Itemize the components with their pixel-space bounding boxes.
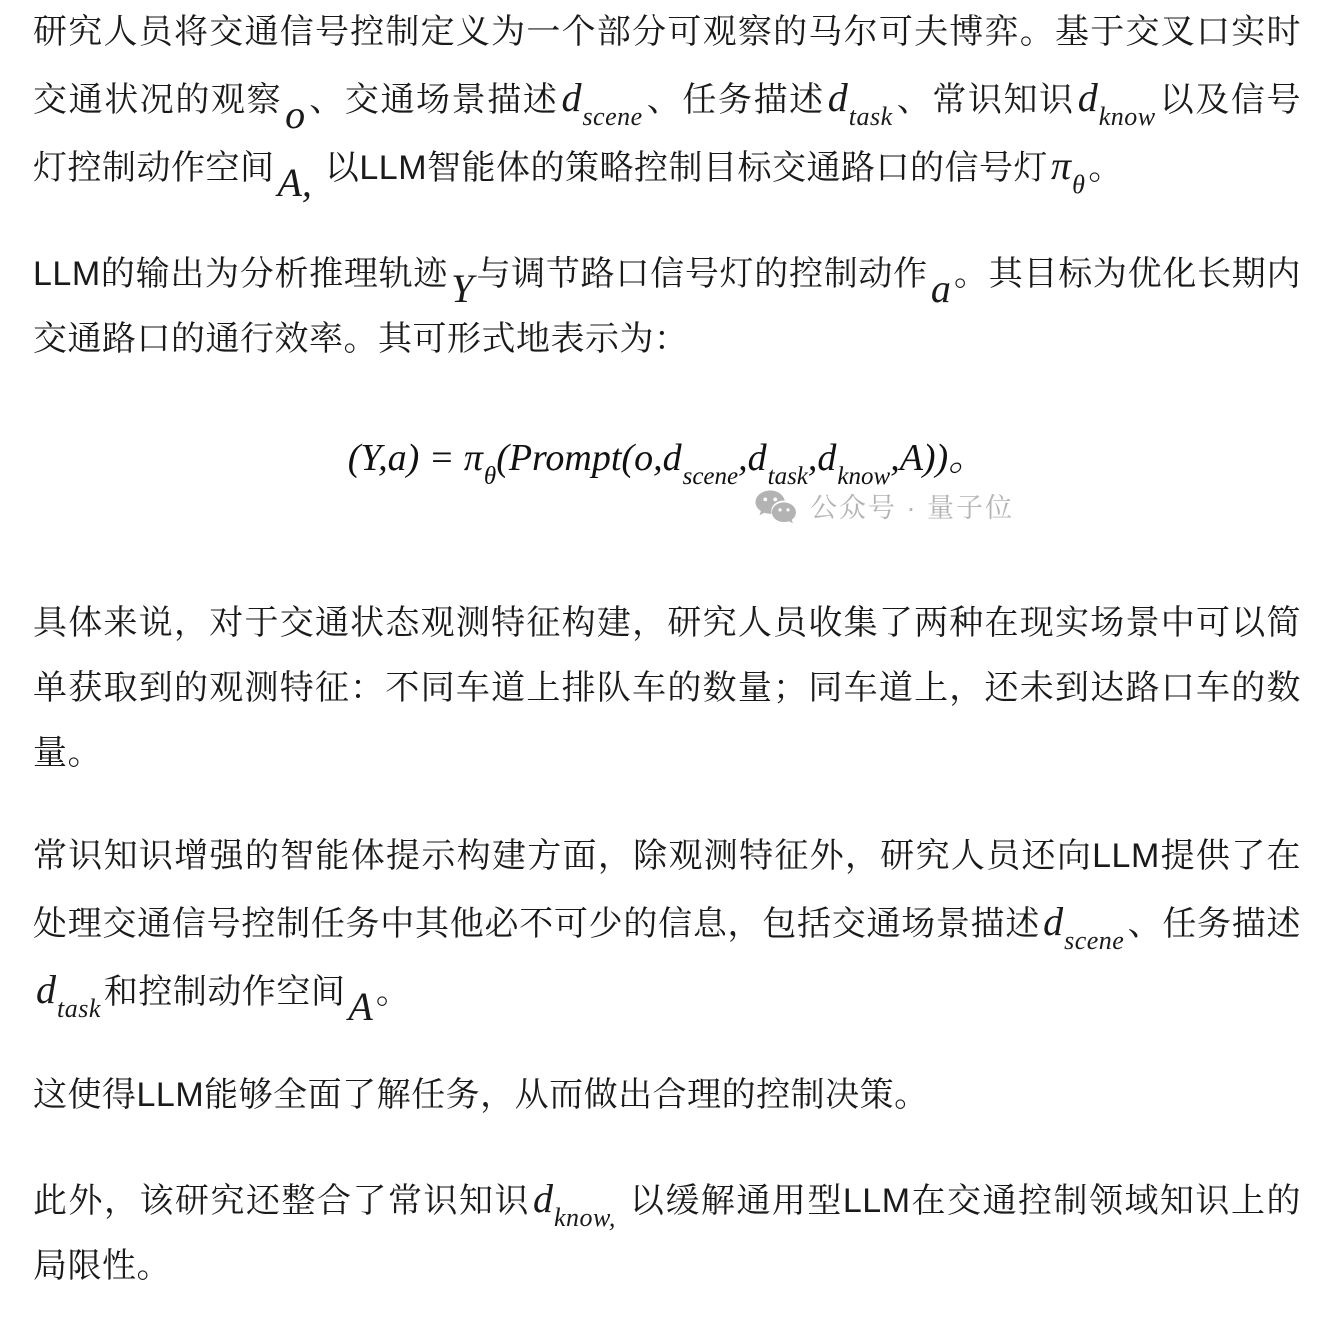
math-expression: a bbox=[931, 266, 951, 311]
text-run: 、常识知识 bbox=[896, 81, 1075, 119]
text-run: 这使得LLM能够全面了解任务，从而做出合理的控制决策。 bbox=[33, 1076, 929, 1114]
formula: (Y,a) = πθ(Prompt(o,dscene,dtask,dknow,A… bbox=[33, 434, 1301, 482]
text-run: 具体来说，对于交通状态观测特征构建，研究人员收集了两种在现实场景中可以简单获取到… bbox=[33, 604, 1301, 772]
formula-run: ,dknow bbox=[808, 437, 890, 479]
paragraph: 这使得LLM能够全面了解任务，从而做出合理的控制决策。 bbox=[33, 1063, 1301, 1128]
math-expression: Y bbox=[451, 266, 473, 311]
paragraph: 具体来说，对于交通状态观测特征构建，研究人员收集了两种在现实场景中可以简单获取到… bbox=[33, 591, 1301, 786]
math-expression: A, bbox=[278, 160, 312, 205]
math-expression: dtask bbox=[828, 75, 893, 120]
paragraph: 此外，该研究还整合了常识知识dknow, 以缓解通用型LLM在交通控制领域知识上… bbox=[33, 1166, 1301, 1299]
text-run: 此外，该研究还整合了常识知识 bbox=[33, 1182, 530, 1220]
article-top: 研究人员将交通信号控制定义为一个部分可观察的马尔可夫博弈。基于交叉口实时交通状况… bbox=[33, 0, 1301, 372]
wechat-icon bbox=[754, 489, 800, 527]
article: 研究人员将交通信号控制定义为一个部分可观察的马尔可夫博弈。基于交叉口实时交通状况… bbox=[0, 0, 1334, 1299]
formula-run: (Prompt(o,dscene bbox=[496, 437, 738, 479]
paragraph: 常识知识增强的智能体提示构建方面，除观测特征外，研究人员还向LLM提供了在处理交… bbox=[33, 824, 1301, 1025]
math-expression: dtask bbox=[36, 967, 101, 1012]
text-run: 、任务描述 bbox=[646, 81, 825, 119]
math-expression: dknow, bbox=[533, 1176, 616, 1221]
math-expression: o bbox=[285, 92, 305, 137]
formula-run: (Y,a) = πθ bbox=[348, 437, 496, 479]
text-run: 、任务描述 bbox=[1127, 905, 1301, 943]
text-run: LLM的输出为分析推理轨迹 bbox=[33, 255, 448, 293]
text-run: 、交通场景描述 bbox=[308, 81, 558, 119]
math-expression: dscene bbox=[1043, 899, 1124, 944]
text-run: 以LLM智能体的策略控制目标交通路口的信号灯 bbox=[315, 149, 1048, 187]
formula-run: ,A)) bbox=[890, 437, 948, 479]
article-bottom: 具体来说，对于交通状态观测特征构建，研究人员收集了两种在现实场景中可以简单获取到… bbox=[33, 591, 1301, 1299]
text-run: 。 bbox=[376, 973, 411, 1011]
math-expression: dknow bbox=[1078, 75, 1156, 120]
text-run: 和控制动作空间 bbox=[104, 973, 346, 1011]
watermark: 公众号 · 量子位 bbox=[33, 490, 1014, 526]
formula-run: ,dtask bbox=[738, 437, 808, 479]
paragraph: 研究人员将交通信号控制定义为一个部分可观察的马尔可夫博弈。基于交叉口实时交通状况… bbox=[33, 0, 1301, 201]
text-run: 与调节路口信号灯的控制动作 bbox=[476, 255, 928, 293]
text-run: 。 bbox=[1088, 149, 1123, 187]
paragraph: LLM的输出为分析推理轨迹Y与调节路口信号灯的控制动作a。其目标为优化长期内交通… bbox=[33, 239, 1301, 372]
formula-run: 。 bbox=[948, 437, 986, 479]
watermark-text: 公众号 · 量子位 bbox=[810, 490, 1014, 526]
math-expression: πθ bbox=[1051, 143, 1085, 188]
math-expression: A bbox=[348, 984, 372, 1029]
math-expression: dscene bbox=[561, 75, 642, 120]
